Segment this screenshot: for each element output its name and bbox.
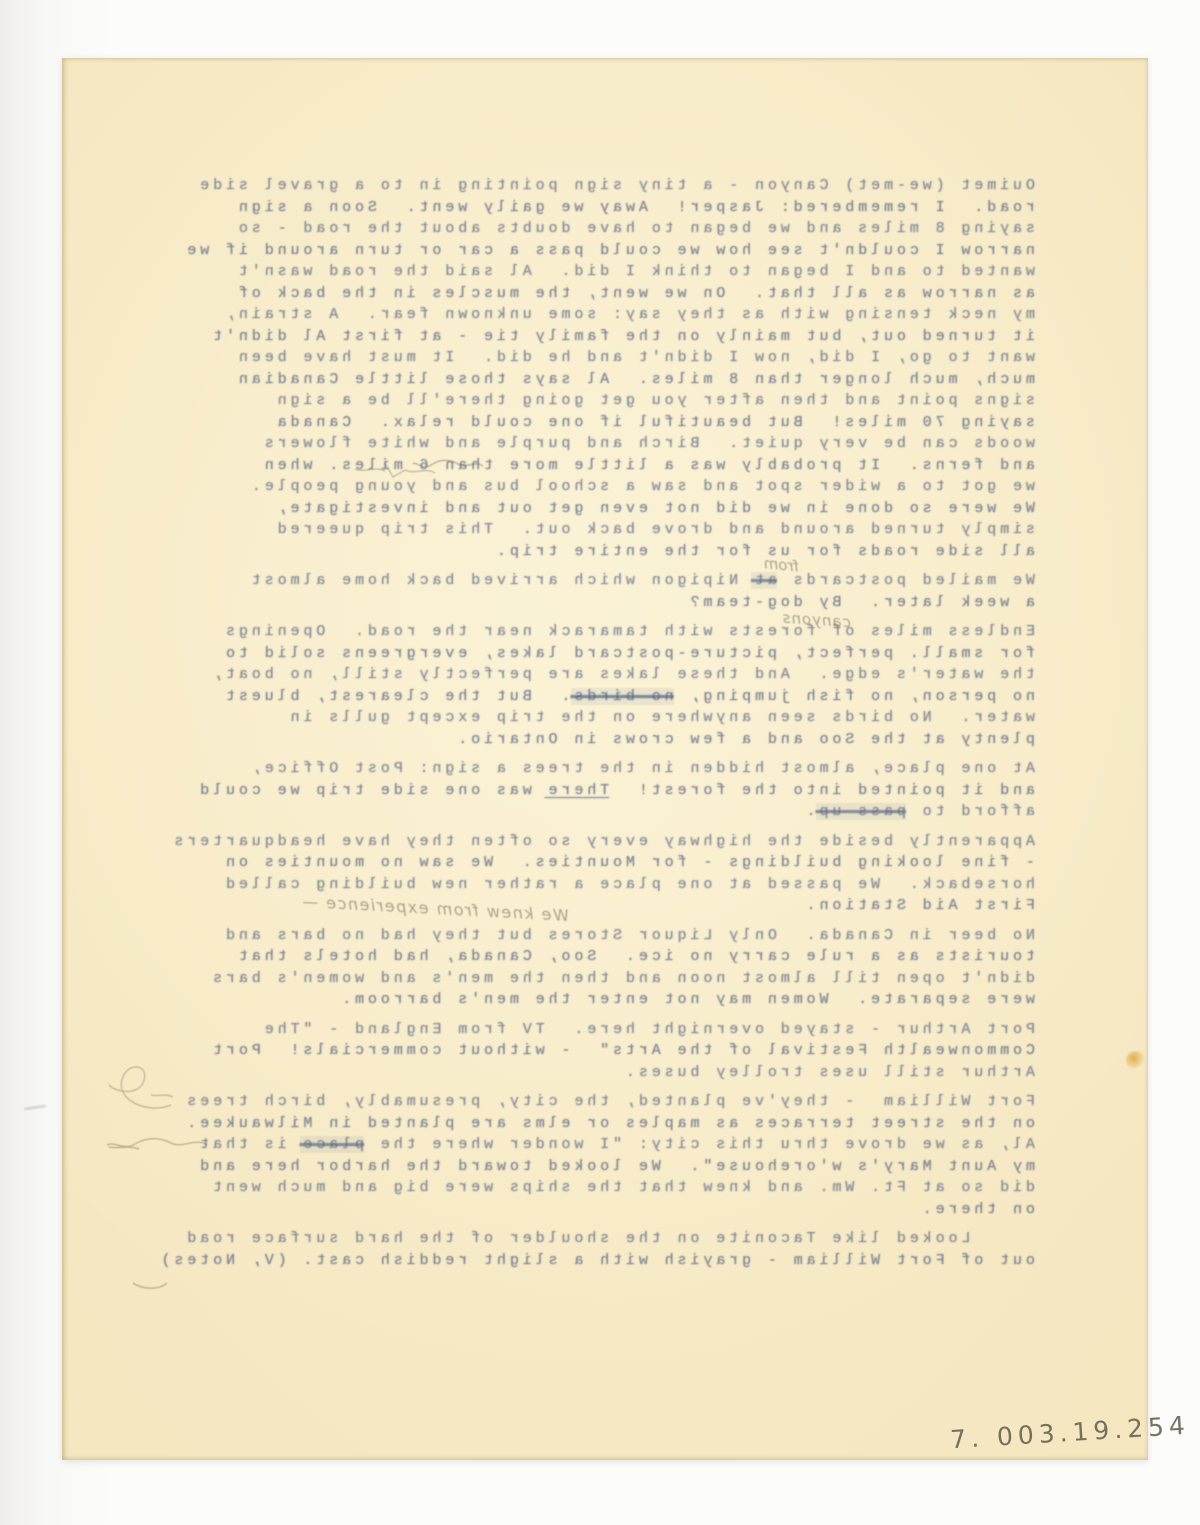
typed-line: plenty at the Soo and a few crows in Ont… [170, 729, 1035, 751]
underlined-text: There [545, 782, 610, 799]
paper-sheet: Ouimet (we-met) Canyon - a tiny sign poi… [62, 58, 1148, 1460]
typed-line: tourists as a rule carry no ice. Soo, Ca… [170, 946, 1035, 968]
pencil-squiggle-icon [353, 461, 437, 481]
typed-line: Apparently beside the highway every so o… [170, 831, 1035, 853]
typed-line: on there. [170, 1199, 1035, 1221]
typed-line: my neck tensing with as they say: some u… [170, 304, 1035, 326]
typed-paragraph: Looked like Taconite on the shoulder of … [170, 1228, 1035, 1271]
pencil-squiggle-icon [105, 1059, 175, 1119]
pencil-mark [24, 1104, 46, 1110]
typed-line: and ferns. It probably was a little more… [170, 455, 1035, 477]
typed-line: Ouimet (we-met) Canyon - a tiny sign poi… [170, 175, 1035, 197]
typed-line: wanted to and I began to think I did. Al… [170, 261, 1035, 283]
typed-line: saying 70 miles! But beautiful if one co… [170, 412, 1035, 434]
typed-line: narrow I couldn't see how we could pass … [170, 240, 1035, 262]
typed-line: want to go, I did, now I didn't and he d… [170, 347, 1035, 369]
pencil-squiggle-icon [131, 1279, 169, 1291]
typed-text-block-mirrored: Ouimet (we-met) Canyon - a tiny sign poi… [170, 175, 1035, 1285]
typed-line: Endless miles of forests with tamarack n… [170, 621, 1035, 643]
typed-line: it turned out, but mainly on the family … [170, 326, 1035, 348]
typed-line: At one place, almost hidden in the trees… [170, 758, 1035, 780]
typed-line: didn't open till almost noon and then th… [170, 968, 1035, 990]
struck-text: no birds [571, 688, 674, 705]
typed-line: did so at Ft. Wm. and knew that the ship… [170, 1177, 1035, 1199]
typed-line: Al, as we drove thru this city: "I wonde… [170, 1134, 1035, 1156]
typed-line: - fine looking buildings - for Mounties.… [170, 852, 1035, 874]
typed-line: signs point and then after you get going… [170, 390, 1035, 412]
typed-line: saying 8 miles and we began to have doub… [170, 218, 1035, 240]
typed-paragraph: At one place, almost hidden in the trees… [170, 758, 1035, 823]
typed-paragraphs: Ouimet (we-met) Canyon - a tiny sign poi… [170, 175, 1035, 1271]
typed-line: as narrow as all that. On we went, the m… [170, 283, 1035, 305]
typed-paragraph: Ouimet (we-met) Canyon - a tiny sign poi… [170, 175, 1035, 562]
typed-paragraph: Endless miles of forests with tamarack n… [170, 621, 1035, 750]
struck-text: at [751, 572, 777, 589]
typed-line: woods can be very quiet. Birch and purpl… [170, 433, 1035, 455]
typed-line: on the street terraces as maples or elms… [170, 1113, 1035, 1135]
typed-line: simply turned around and drove back out.… [170, 519, 1035, 541]
typed-line: Arthur still uses trolley buses. [170, 1062, 1035, 1084]
typed-line: road. I remembered: Jasper! Away we gail… [170, 197, 1035, 219]
typed-line: for small. perfect, picture-postcard lak… [170, 643, 1035, 665]
typed-line: the water's edge. And these lakes are pe… [170, 664, 1035, 686]
typed-line: no person, no fish jumping, no birds. Bu… [170, 686, 1035, 708]
typed-line: We were so done in we did not even get o… [170, 498, 1035, 520]
struck-text: pass up [816, 803, 906, 820]
typed-line: were separate. Women may not enter the m… [170, 989, 1035, 1011]
typed-line: much, much longer than 8 miles. Al says … [170, 369, 1035, 391]
typed-line: horseback. We passed at one place a rath… [170, 874, 1035, 896]
typed-line: all side roads for us for the entire tri… [170, 541, 1035, 563]
typed-line: Fort William - they've planted, the city… [170, 1091, 1035, 1113]
typed-line: we got to a wider spot and saw a school … [170, 476, 1035, 498]
typed-paragraph: We mailed postcards at Nipigon which arr… [170, 570, 1035, 613]
paper-stain [1126, 1051, 1144, 1068]
typed-line: a week later. By dog-team? [170, 592, 1035, 614]
typed-line: Port Arthur - stayed overnight here. TV … [170, 1019, 1035, 1041]
typed-line: afford to pass up. [170, 801, 1035, 823]
pencil-squiggle-icon [105, 1133, 209, 1155]
typed-paragraph: No beer in Canada. Only Liquor Stores bu… [170, 925, 1035, 1011]
typed-line: out of Fort William - grayish with a sli… [170, 1250, 1035, 1272]
typed-line: No beer in Canada. Only Liquor Stores bu… [170, 925, 1035, 947]
typed-line: Looked like Taconite on the shoulder of … [170, 1228, 1035, 1250]
scan-background: Ouimet (we-met) Canyon - a tiny sign poi… [0, 0, 1200, 1525]
catalog-number: 7. 003.19.254 [949, 1411, 1190, 1455]
typed-paragraph: Fort William - they've planted, the city… [170, 1091, 1035, 1220]
typed-line: water. No birds seen anywhere on the tri… [170, 707, 1035, 729]
typed-line: and it pointed into the forest! There wa… [170, 780, 1035, 802]
typed-line: my Aunt Mary's w'orehouse". We looked to… [170, 1156, 1035, 1178]
handwritten-correction-from: from [763, 554, 800, 576]
typed-line: We mailed postcards at Nipigon which arr… [170, 570, 1035, 592]
typed-paragraph: Port Arthur - stayed overnight here. TV … [170, 1019, 1035, 1084]
typed-line: Commonwealth Festival of the Arts" - wit… [170, 1040, 1035, 1062]
struck-text: place [300, 1136, 365, 1153]
